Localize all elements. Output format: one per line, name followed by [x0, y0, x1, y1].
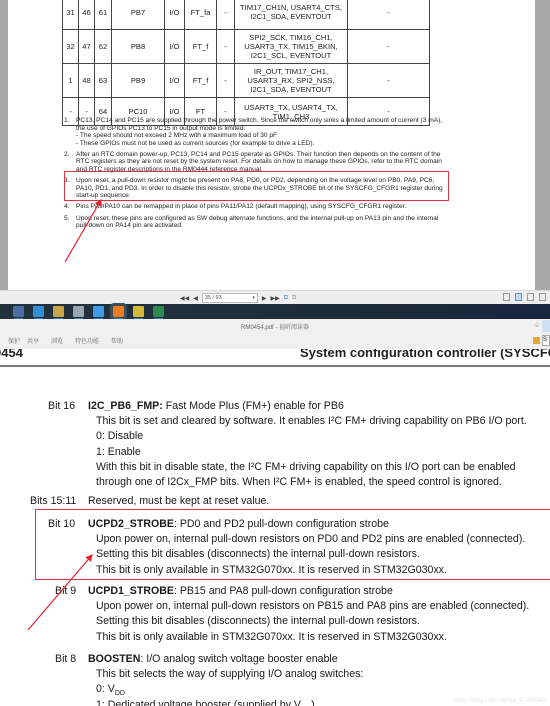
bit-description-line: Setting this bit disables (disconnects) …: [55, 614, 529, 629]
table-cell: SPI2_SCK, TIM16_CH1, USART3_TX, TIM15_BK…: [235, 30, 348, 64]
bit-description: Bit 8BOOSTEN: I/O analog switch voltage …: [55, 652, 363, 706]
bit-description-line: 0: VDD: [55, 682, 363, 697]
table-cell: -: [217, 0, 235, 30]
table-row: 14863PB9I/OFT_f-IR_OUT, TIM17_CH1, USART…: [63, 64, 430, 98]
bit-description-line: Upon power on, internal pull-down resist…: [55, 599, 529, 614]
bit-description-line: With this bit in disable state, the I²C …: [48, 460, 527, 475]
bit-description-line: This bit is set and cleared by software.…: [48, 414, 527, 429]
single-page-view-icon[interactable]: [503, 293, 510, 301]
bit-description-line: 1: Dedicated voltage booster (supplied b…: [55, 698, 363, 706]
document-number: 0454: [0, 349, 23, 360]
split-view-icon[interactable]: [539, 293, 546, 301]
bit-field-name: UCPD1_STROBE: [88, 585, 174, 597]
bit-description: Bit 16I2C_PB6_FMP: Fast Mode Plus (FM+) …: [48, 399, 527, 490]
page-header: 0454 System configuration controller (SY…: [0, 349, 550, 367]
table-cell: FT_f: [185, 30, 217, 64]
bit-field-title: Reserved, must be kept at reset value.: [88, 495, 269, 507]
bit-field-name: I2C_PB6_FMP:: [88, 400, 163, 412]
facing-view-icon[interactable]: [527, 293, 534, 301]
bit-description-line: through one of I2Cx_FMP bits. When I²C F…: [48, 475, 527, 490]
window-title: RM0454.pdf - 福昕阅读器: [0, 322, 550, 331]
footnote-number: 4.: [64, 203, 76, 211]
table-cell: 47: [79, 30, 95, 64]
bit-10-highlight-box: [35, 509, 550, 580]
table-cell: 61: [95, 0, 112, 30]
watermark: https://blog.csdn.net/qq_37449342: [454, 698, 546, 704]
next-page-icon[interactable]: ▶: [262, 295, 267, 302]
table-cell: 32: [63, 30, 79, 64]
table-cell: -: [217, 30, 235, 64]
bit-description-line: This bit is only available in STM32G070x…: [55, 630, 529, 645]
ribbon-menu-bar: 保护 共享 浏览 特色功能 帮助 S: [0, 333, 550, 349]
top-pdf-pane: 314661PB7I/OFT_fa-TIM17_CH1N, USART4_CTS…: [0, 0, 550, 290]
footnote: 4.Pins PA9/PA10 can be remapped in place…: [64, 203, 444, 211]
first-page-icon[interactable]: ◀◀: [180, 295, 189, 302]
fit-page-icon[interactable]: ⧉: [284, 295, 288, 302]
table-cell: PB7: [112, 0, 165, 30]
folder-search-icon[interactable]: [533, 337, 540, 344]
table-cell: -: [348, 30, 430, 64]
bit-field-title: Fast Mode Plus (FM+) enable for PB6: [163, 400, 344, 412]
page-indicator: 35 / 93: [205, 295, 222, 301]
bit-field-title: : I/O analog switch voltage booster enab…: [140, 653, 337, 665]
bit-description-line: This bit selects the way of supplying I/…: [55, 667, 363, 682]
calculator-app-icon[interactable]: [13, 306, 24, 317]
bit-label: Bit 16: [48, 399, 88, 414]
chevron-down-icon[interactable]: ▾: [252, 294, 255, 302]
window-title-bar: RM0454.pdf - 福昕阅读器 ♤: [0, 319, 550, 333]
menu-protect[interactable]: 保护: [8, 336, 20, 345]
menu-features[interactable]: 特色功能: [75, 336, 99, 345]
continuous-view-icon[interactable]: [515, 293, 522, 301]
table-cell: -: [348, 0, 430, 30]
bit-label: Bit 8: [55, 652, 88, 667]
footnote-number: 1.: [64, 117, 76, 147]
footnote-text: Pins PA9/PA10 can be remapped in place o…: [76, 203, 444, 211]
menu-view[interactable]: 浏览: [51, 336, 63, 345]
skin-icon[interactable]: ♤: [534, 321, 540, 329]
table-cell: 62: [95, 30, 112, 64]
bit-field-title: : PB15 and PA8 pull-down configuration s…: [174, 585, 393, 597]
table-cell: 1: [63, 64, 79, 98]
blue-chart-app-icon[interactable]: [93, 306, 104, 317]
table-cell: 46: [79, 0, 95, 30]
menu-help[interactable]: 帮助: [111, 336, 123, 345]
table-cell: FT_fa: [185, 0, 217, 30]
bit-description: Bits 15:11Reserved, must be kept at rese…: [30, 494, 269, 509]
taskbar: [0, 304, 550, 319]
blue-app-icon[interactable]: [33, 306, 44, 317]
last-page-icon[interactable]: ▶▶: [270, 295, 279, 302]
table-cell: FT_f: [185, 64, 217, 98]
table-cell: I/O: [165, 30, 185, 64]
table-cell: -: [348, 64, 430, 98]
green-app-icon[interactable]: [153, 306, 164, 317]
table-row: 314661PB7I/OFT_fa-TIM17_CH1N, USART4_CTS…: [63, 0, 430, 30]
table-cell: PB9: [112, 64, 165, 98]
page-number-input[interactable]: 35 / 93 ▾: [202, 293, 258, 303]
footnote-text: Upon reset, these pins are configured as…: [76, 215, 444, 230]
printer-app-icon[interactable]: [73, 306, 84, 317]
search-input[interactable]: S: [542, 335, 550, 346]
minimize-button[interactable]: [542, 320, 550, 332]
menu-share[interactable]: 共享: [27, 336, 39, 345]
footnote: 1.PC13, PC14 and PC15 are supplied throu…: [64, 117, 444, 147]
table-cell: I/O: [165, 0, 185, 30]
footnote-sub-item: - The speed should not exceed 2 MHz with…: [76, 132, 444, 140]
table-cell: 48: [79, 64, 95, 98]
pin-definition-table: 314661PB7I/OFT_fa-TIM17_CH1N, USART4_CTS…: [62, 0, 430, 126]
table-cell: 63: [95, 64, 112, 98]
bit-description-line: 1: Enable: [48, 445, 527, 460]
footnote-sub-item: - These GPIOs must not be used as curren…: [76, 140, 444, 148]
bit-label: Bits 15:11: [30, 494, 88, 509]
section-title: System configuration controller (SYSCFG): [300, 349, 550, 360]
footnote-text: PC13, PC14 and PC15 are supplied through…: [76, 117, 444, 132]
table-cell: 31: [63, 0, 79, 30]
ear-app-icon[interactable]: [53, 306, 64, 317]
table-row: 324762PB8I/OFT_f-SPI2_SCK, TIM16_CH1, US…: [63, 30, 430, 64]
foxit-reader-app-icon[interactable]: [113, 306, 124, 317]
footnote: 5.Upon reset, these pins are configured …: [64, 215, 444, 230]
page-navigation-bar: ◀◀ ◀ 35 / 93 ▾ ▶ ▶▶ ⧉ ⧉: [0, 290, 550, 305]
table-cell: IR_OUT, TIM17_CH1, USART3_RX, SPI2_NSS, …: [235, 64, 348, 98]
table-cell: PB8: [112, 30, 165, 64]
reference-manual-page: 0454 System configuration controller (SY…: [0, 349, 550, 706]
bit-description: Bit 9UCPD1_STROBE: PB15 and PA8 pull-dow…: [55, 584, 529, 645]
table-cell: TIM17_CH1N, USART4_CTS, I2C1_SDA, EVENTO…: [235, 0, 348, 30]
bit-field-name: BOOSTEN: [88, 653, 140, 665]
bit-label: Bit 9: [55, 584, 88, 599]
note-3-highlight-box: [64, 171, 449, 201]
prev-page-icon[interactable]: ◀: [193, 295, 198, 302]
bit-description-line: 0: Disable: [48, 429, 527, 444]
rotate-icon[interactable]: ⧉: [292, 295, 296, 302]
table-cell: I/O: [165, 64, 185, 98]
table-cell: -: [217, 64, 235, 98]
footnote-number: 5.: [64, 215, 76, 230]
helmet-app-icon[interactable]: [133, 306, 144, 317]
